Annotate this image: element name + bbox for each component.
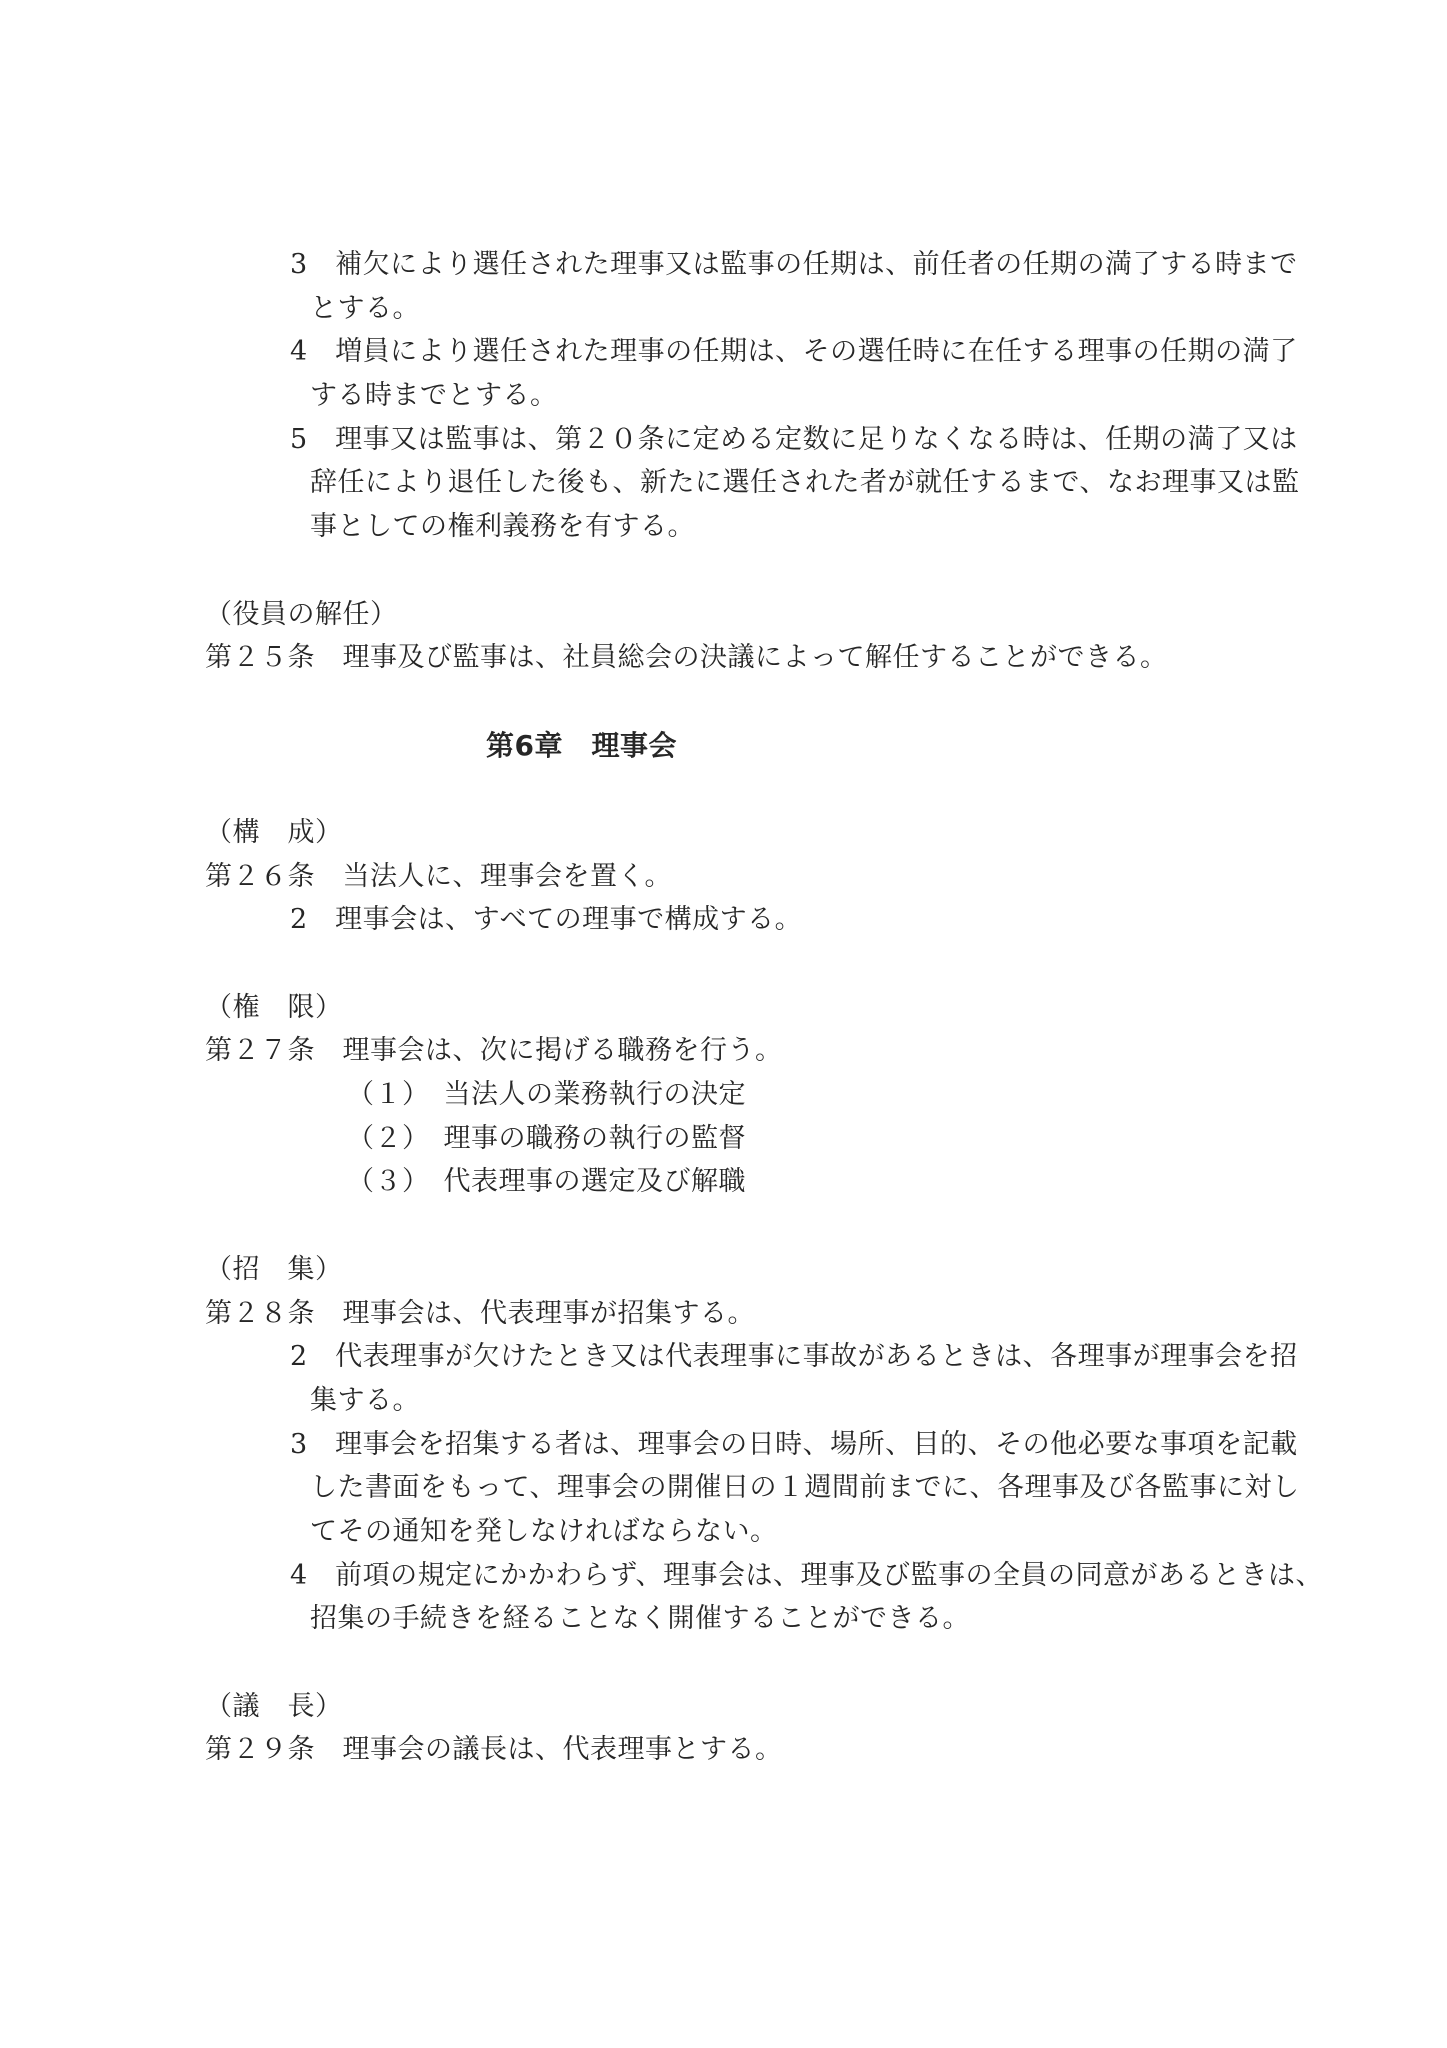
item-3-line-2: とする。 <box>0 287 1447 331</box>
document-page: 3 補欠により選任された理事又は監事の任期は、前任者の任期の満了する時まで とす… <box>0 0 1447 2048</box>
item-4-line-2: する時までとする。 <box>0 374 1447 418</box>
section-heading-kousei: （構 成） <box>0 811 1447 855</box>
spacer <box>0 680 1447 724</box>
article-28-line: 第２８条 理事会は、代表理事が招集する。 <box>0 1292 1447 1336</box>
item-5-line-2: 辞任により退任した後も、新たに選任された者が就任するまで、なお理事又は監 <box>0 461 1447 505</box>
section-heading-gicho: （議 長） <box>0 1685 1447 1729</box>
item-3-line-1: 3 補欠により選任された理事又は監事の任期は、前任者の任期の満了する時まで <box>0 243 1447 287</box>
article-28-item-4-line-1: 4 前項の規定にかかわらず、理事会は、理事及び監事の全員の同意があるときは、 <box>0 1554 1447 1598</box>
document-body: 3 補欠により選任された理事又は監事の任期は、前任者の任期の満了する時まで とす… <box>0 243 1447 1772</box>
chapter-6-heading: 第6章 理事会 <box>0 724 1447 768</box>
article-28-item-3-line-2: した書面をもって、理事会の開催日の１週間前までに、各理事及び各監事に対し <box>0 1466 1447 1510</box>
spacer <box>0 549 1447 593</box>
article-26-item-2: 2 理事会は、すべての理事で構成する。 <box>0 898 1447 942</box>
article-28-item-2-line-2: 集する。 <box>0 1379 1447 1423</box>
article-28-item-4-line-2: 招集の手続きを経ることなく開催することができる。 <box>0 1597 1447 1641</box>
spacer <box>0 767 1447 811</box>
item-4-line-1: 4 増員により選任された理事の任期は、その選任時に在任する理事の任期の満了 <box>0 330 1447 374</box>
article-28-item-2-line-1: 2 代表理事が欠けたとき又は代表理事に事故があるときは、各理事が理事会を招 <box>0 1335 1447 1379</box>
item-5-line-1: 5 理事又は監事は、第２０条に定める定数に足りなくなる時は、任期の満了又は <box>0 418 1447 462</box>
spacer <box>0 1204 1447 1248</box>
article-28-item-3-line-3: てその通知を発しなければならない。 <box>0 1510 1447 1554</box>
section-heading-kainin: （役員の解任） <box>0 593 1447 637</box>
article-26-line: 第２６条 当法人に、理事会を置く。 <box>0 855 1447 899</box>
article-28-item-3-line-1: 3 理事会を招集する者は、理事会の日時、場所、目的、その他必要な事項を記載 <box>0 1423 1447 1467</box>
article-27-enum-1: （１） 当法人の業務執行の決定 <box>0 1073 1447 1117</box>
article-25-line: 第２５条 理事及び監事は、社員総会の決議によって解任することができる。 <box>0 636 1447 680</box>
article-27-line: 第２７条 理事会は、次に掲げる職務を行う。 <box>0 1029 1447 1073</box>
section-heading-kengen: （権 限） <box>0 986 1447 1030</box>
article-29-line: 第２９条 理事会の議長は、代表理事とする。 <box>0 1728 1447 1772</box>
article-27-enum-2: （２） 理事の職務の執行の監督 <box>0 1117 1447 1161</box>
article-27-enum-3: （３） 代表理事の選定及び解職 <box>0 1160 1447 1204</box>
spacer <box>0 1641 1447 1685</box>
spacer <box>0 942 1447 986</box>
section-heading-shoshu: （招 集） <box>0 1248 1447 1292</box>
item-5-line-3: 事としての権利義務を有する。 <box>0 505 1447 549</box>
